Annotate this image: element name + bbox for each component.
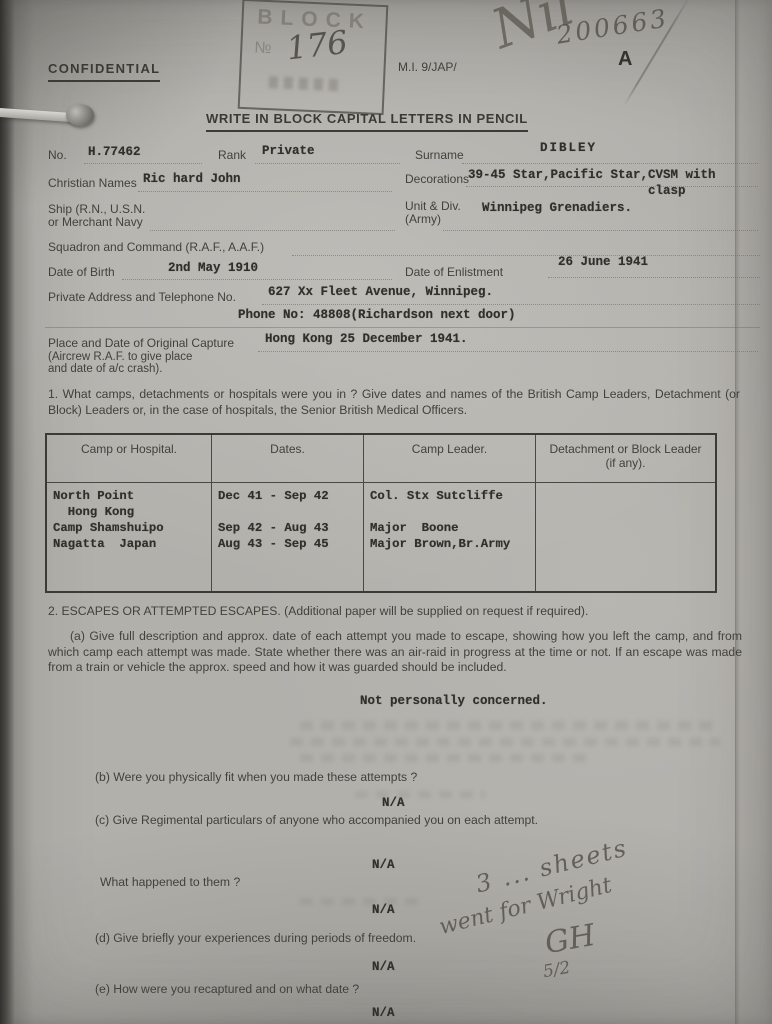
table-header-detachment: Detachment or Block Leader (if any).: [536, 435, 715, 483]
question-2-heading: 2. ESCAPES OR ATTEMPTED ESCAPES. (Additi…: [48, 604, 708, 620]
copy-letter: A: [618, 48, 632, 71]
pencil-initials: GH: [542, 918, 597, 961]
question-2e-text: (e) How were you recaptured and on what …: [95, 982, 695, 998]
date-of-enlistment-label: Date of Enlistment: [405, 266, 503, 280]
table-camp-column: North Point Hong Kong Camp Shamshuipo Na…: [47, 483, 212, 591]
surname-label: Surname: [415, 149, 464, 163]
scan-edge-left-shadow: [0, 0, 34, 1024]
confidential-marking: CONFIDENTIAL: [48, 62, 160, 82]
underlying-page-edge: [735, 0, 772, 1024]
bleed-through-mark: [300, 898, 420, 905]
christian-names-value: Ric hard John: [143, 172, 241, 186]
treasury-tag-tip: [66, 104, 94, 126]
date-of-birth-rule: [122, 279, 392, 280]
unit-rule: [443, 230, 758, 231]
decorations-rule: [466, 186, 758, 187]
phone-rule: [45, 327, 760, 328]
squadron-rule: [292, 255, 760, 256]
camps-table: Camp or Hospital. Dates. Camp Leader. De…: [45, 433, 717, 593]
question-1-text: 1. What camps, detachments or hospitals …: [48, 387, 740, 418]
date-of-birth-label: Date of Birth: [48, 266, 115, 280]
capture-value: Hong Kong 25 December 1941.: [265, 332, 468, 346]
question-2b-text: (b) Were you physically fit when you mad…: [95, 770, 695, 786]
ship-rule: [150, 230, 395, 231]
pencil-date: 5/2: [541, 958, 571, 982]
decorations-label: Decorations: [405, 173, 469, 187]
rank-rule: [255, 163, 400, 164]
answer-2a: Not personally concerned.: [360, 694, 548, 708]
address-value: 627 Xx Fleet Avenue, Winnipeg.: [268, 285, 493, 299]
decorations-value: 39-45 Star,Pacific Star,CVSM with: [468, 168, 716, 182]
question-2c-text: (c) Give Regimental particulars of anyon…: [95, 813, 715, 829]
no-label: No.: [48, 149, 67, 163]
date-of-enlistment-value: 26 June 1941: [558, 255, 648, 269]
answer-2b: N/A: [382, 796, 405, 810]
table-detachment-column: [536, 483, 715, 591]
mi9-reference: M.I. 9/JAP/: [398, 61, 457, 75]
form-instruction-heading: WRITE IN BLOCK CAPITAL LETTERS IN PENCIL: [206, 112, 528, 132]
scanned-document: BLOCK № 176 CONFIDENTIAL M.I. 9/JAP/ A N…: [0, 0, 772, 1024]
rank-label: Rank: [218, 149, 246, 163]
question-2a-text: (a) Give full description and approx. da…: [48, 629, 742, 676]
answer-2c: N/A: [372, 858, 395, 872]
address-rule: [262, 304, 760, 305]
address-label: Private Address and Telephone No.: [48, 291, 236, 305]
surname-rule: [462, 163, 758, 164]
decorations-value-continued: clasp: [648, 184, 686, 198]
bleed-through-mark: [290, 738, 720, 746]
answer-2e: N/A: [372, 1006, 395, 1020]
answer-2c-followup: N/A: [372, 903, 395, 917]
table-header-camp: Camp or Hospital.: [47, 435, 212, 483]
phone-value: Phone No: 48808(Richardson next door): [238, 308, 516, 322]
stamp-number-handwritten: 176: [285, 23, 350, 68]
bleed-through-mark: [300, 754, 590, 762]
no-value: H.77462: [88, 145, 141, 159]
table-header-dates: Dates.: [212, 435, 364, 483]
bleed-through-mark: [355, 791, 485, 798]
date-of-enlistment-rule: [548, 277, 760, 278]
stamp-number-prefix: №: [254, 39, 272, 58]
squadron-label: Squadron and Command (R.A.F., A.A.F.): [48, 241, 264, 255]
unit-value: Winnipeg Grenadiers.: [482, 201, 632, 215]
table-leader-column: Col. Stx Sutcliffe Major Boone Major Bro…: [364, 483, 536, 591]
no-rule: [84, 163, 202, 164]
surname-value: DIBLEY: [540, 141, 597, 155]
christian-names-label: Christian Names: [48, 177, 137, 191]
table-dates-column: Dec 41 - Sep 42 Sep 42 - Aug 43 Aug 43 -…: [212, 483, 364, 591]
question-2c-followup-text: What happened to them ?: [100, 875, 400, 891]
block-stamp: BLOCK № 176: [238, 0, 389, 115]
bleed-through-mark: [300, 721, 720, 730]
answer-2d: N/A: [372, 960, 395, 974]
capture-note-line2: and date of a/c crash).: [48, 363, 162, 376]
date-of-birth-value: 2nd May 1910: [168, 261, 258, 275]
ship-label-line2: or Merchant Navy: [48, 216, 143, 230]
rank-value: Private: [262, 144, 315, 158]
table-header-leader: Camp Leader.: [364, 435, 536, 483]
question-2d-text: (d) Give briefly your experiences during…: [95, 931, 695, 947]
capture-rule: [258, 351, 758, 352]
stamp-smudge: [269, 76, 339, 91]
christian-names-rule: [138, 191, 392, 192]
capture-label: Place and Date of Original Capture: [48, 337, 234, 351]
unit-label-line2: (Army): [405, 213, 441, 227]
